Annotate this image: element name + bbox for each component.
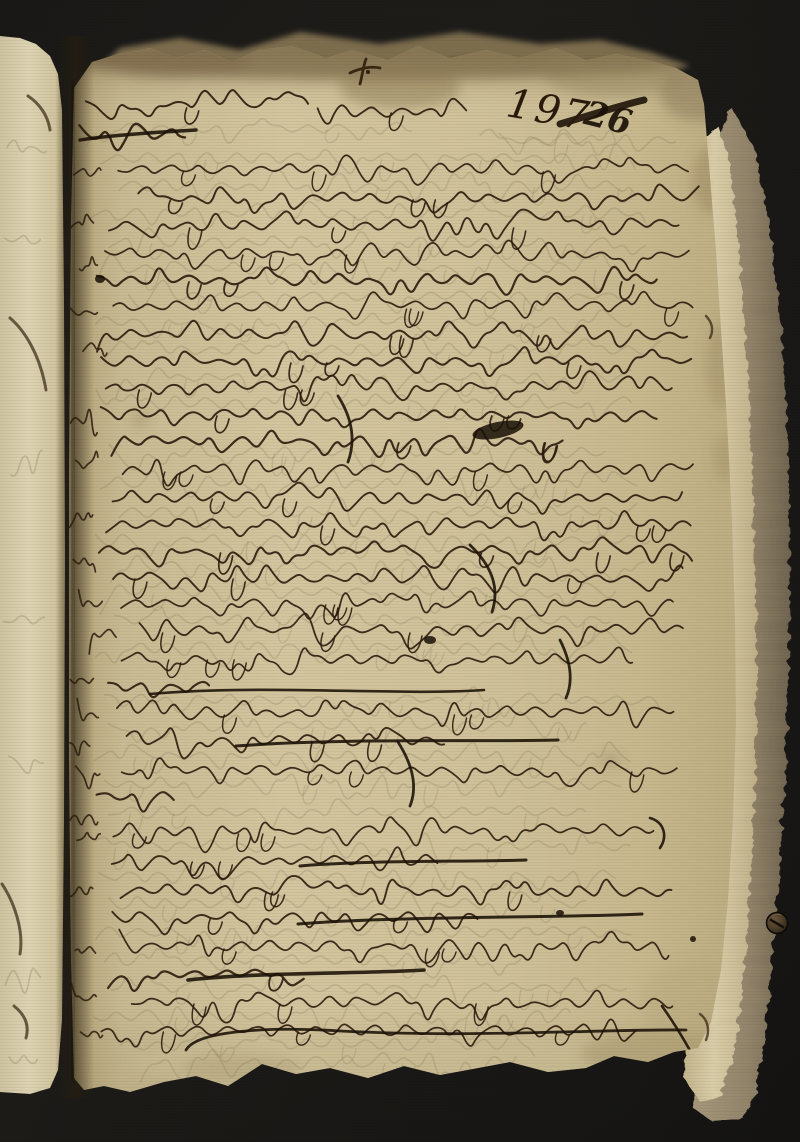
manuscript-scene-svg: 197 26 bbox=[0, 0, 800, 1142]
ink-blot bbox=[556, 910, 564, 916]
paper-stain bbox=[340, 68, 460, 108]
manuscript-photo: 197 26 Photograph of a bound early-moder… bbox=[0, 0, 800, 1142]
ink-blot bbox=[366, 70, 370, 74]
ink-blot bbox=[424, 636, 436, 644]
facing-page-edge bbox=[0, 36, 65, 1094]
binding-stud bbox=[767, 913, 788, 934]
paper-stain bbox=[660, 69, 740, 121]
gutter-crease bbox=[72, 82, 74, 1082]
ink-blot bbox=[95, 275, 105, 283]
ink-blot bbox=[690, 936, 696, 942]
